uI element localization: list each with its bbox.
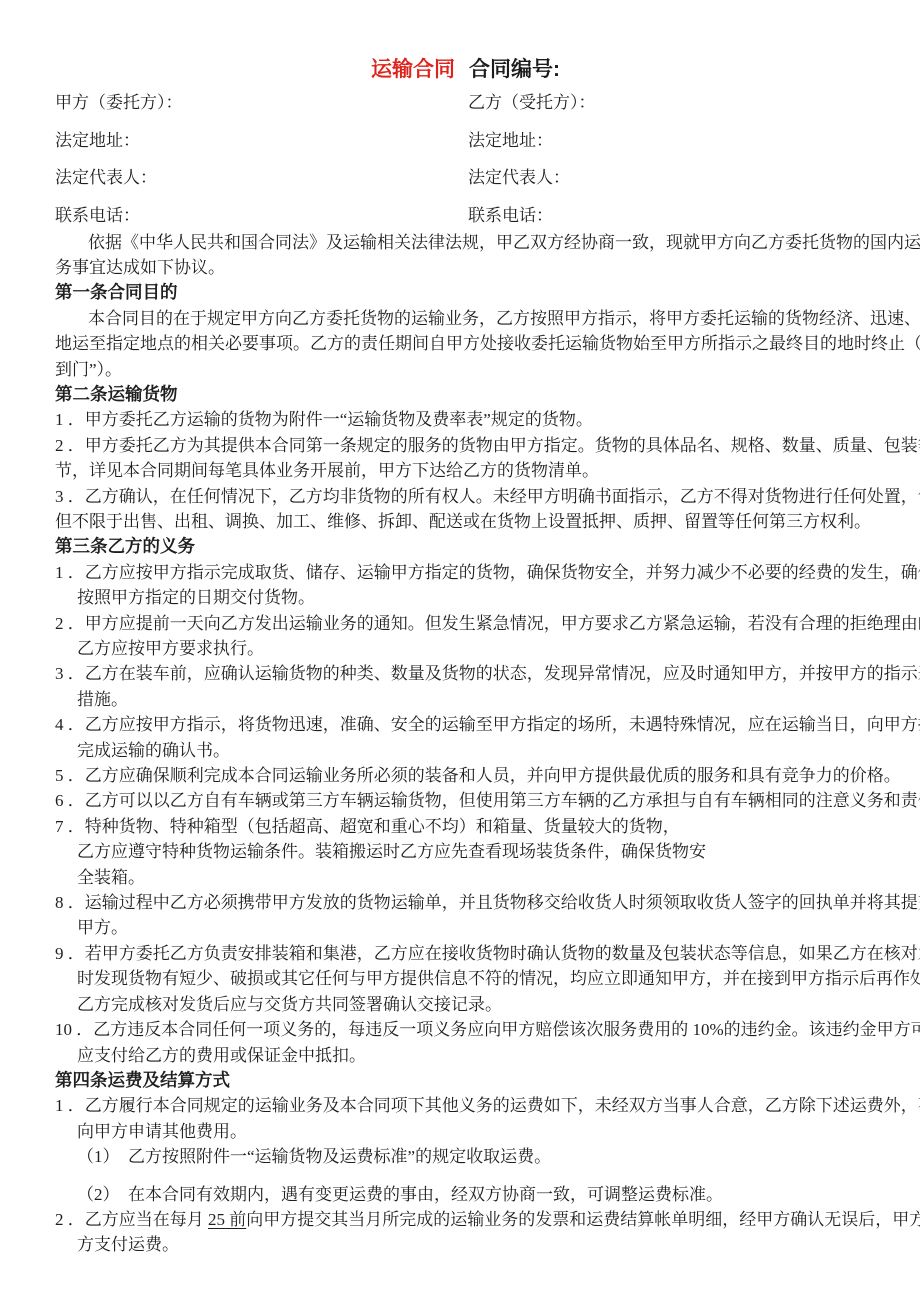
list-item-line: 2 ．甲方应提前一天向乙方发出运输业务的通知。但发生紧急情况，甲方要求乙方紧急运… — [55, 611, 876, 636]
list-item-line: 2 ．甲方委托乙方为其提供本合同第一条规定的服务的货物由甲方指定。货物的具体品名… — [55, 433, 876, 458]
party-row: 甲方（委托方）：乙方（受托方）： — [55, 94, 876, 111]
contract-title: 运输合同 — [371, 58, 455, 81]
list-item-line: 8 ．运输过程中乙方必须携带甲方发放的货物运输单，并且货物移交给收货人时须领取收… — [55, 890, 876, 915]
paragraph-line: 务事宜达成如下协议。 — [55, 255, 876, 280]
list-item-line: 节，详见本合同期间每笔具体业务开展前，甲方下达给乙方的货物清单。 — [55, 458, 876, 483]
list-item-line: 10 ．乙方违反本合同任何一项义务的，每违反一项义务应向甲方赔偿该次服务费用的 … — [55, 1017, 876, 1042]
list-item-line: 方支付运费。 — [55, 1232, 876, 1257]
list-item-line: 3 ．乙方确认，在任何情况下，乙方均非货物的所有权人。未经甲方明确书面指示，乙方… — [55, 484, 876, 509]
list-item-line: 全装箱。 — [55, 865, 876, 890]
list-item-line: 6 ．乙方可以以乙方自有车辆或第三方车辆运输货物，但使用第三方车辆的乙方承担与自… — [55, 788, 876, 813]
list-item-line: 乙方应遵守特种货物运输条件。装箱搬运时乙方应先查看现场装货条件，确保货物安 — [55, 839, 876, 864]
party-label-right: 联系电话： — [468, 207, 876, 224]
contract-document-page: 运输合同合同编号: 甲方（委托方）：乙方（受托方）：法定地址：法定地址：法定代表… — [0, 0, 920, 1301]
document-title-line: 运输合同合同编号: — [55, 55, 876, 85]
party-label-left: 法定地址： — [55, 132, 468, 149]
list-item-line: 4 ．乙方应按甲方指示，将货物迅速，准确、安全的运输至甲方指定的场所，未遇特殊情… — [55, 712, 876, 737]
list-item-line: 1 ．乙方履行本合同规定的运输业务及本合同项下其他义务的运费如下，未经双方当事人… — [55, 1093, 876, 1118]
list-item-line: 7 ．特种货物、特种箱型（包括超高、超宽和重心不均）和箱量、货量较大的货物， — [55, 814, 876, 839]
party-label-right: 法定地址： — [468, 132, 876, 149]
underlined-text: 25 前 — [208, 1210, 246, 1229]
list-item-line: 9 ．若甲方委托乙方负责安排装箱和集港，乙方应在接收货物时确认货物的数量及包装状… — [55, 941, 876, 966]
section-heading: 第一条合同目的 — [55, 280, 876, 305]
party-label-right: 乙方（受托方）： — [468, 94, 876, 111]
list-item-line: 按照甲方指定的日期交付货物。 — [55, 585, 876, 610]
list-item-line: 2 ．乙方应当在每月 25 前向甲方提交其当月所完成的运输业务的发票和运费结算帐… — [55, 1207, 876, 1232]
list-item-line: 1 ．甲方委托乙方运输的货物为附件一“运输货物及费率表”规定的货物。 — [55, 407, 876, 432]
list-item-line: 乙方完成核对发货后应与交货方共同签署确认交接记录。 — [55, 992, 876, 1017]
list-item-line: 完成运输的确认书。 — [55, 738, 876, 763]
contract-body: 依据《中华人民共和国合同法》及运输相关法律法规，甲乙双方经协商一致，现就甲方向乙… — [55, 230, 876, 1258]
paragraph-line: 到门”）。 — [55, 357, 876, 382]
list-item-line: 乙方应按甲方要求执行。 — [55, 636, 876, 661]
text-segment: 2 ．乙方应当在每月 — [55, 1210, 208, 1229]
party-row: 法定代表人：法定代表人： — [55, 169, 876, 186]
section-heading: 第三条乙方的义务 — [55, 534, 876, 559]
party-label-left: 甲方（委托方）： — [55, 94, 468, 111]
party-label-left: 联系电话： — [55, 207, 468, 224]
list-item-line: 甲方。 — [55, 915, 876, 940]
party-label-right: 法定代表人： — [468, 169, 876, 186]
contract-number-label: 合同编号: — [469, 58, 560, 81]
list-item-line: 向甲方申请其他费用。 — [55, 1119, 876, 1144]
list-item-line: 时发现货物有短少、破损或其它任何与甲方提供信息不符的情况，均应立即通知甲方，并在… — [55, 966, 876, 991]
list-item-line: 措施。 — [55, 687, 876, 712]
party-label-left: 法定代表人： — [55, 169, 468, 186]
sub-item-line: （1） 乙方按照附件一“运输货物及运费标准”的规定收取运费。 — [55, 1144, 876, 1169]
section-heading: 第二条运输货物 — [55, 382, 876, 407]
list-item-line: 1 ．乙方应按甲方指示完成取货、储存、运输甲方指定的货物，确保货物安全，并努力减… — [55, 560, 876, 585]
party-row: 法定地址：法定地址： — [55, 132, 876, 149]
list-item-line: 5 ．乙方应确保顺利完成本合同运输业务所必须的装备和人员，并向甲方提供最优质的服… — [55, 763, 876, 788]
list-item-line: 但不限于出售、出租、调换、加工、维修、拆卸、配送或在货物上设置抵押、质押、留置等… — [55, 509, 876, 534]
list-item-line: 3 ．乙方在装车前，应确认运输货物的种类、数量及货物的状态，发现异常情况，应及时… — [55, 661, 876, 686]
text-segment: 向甲方提交其当月所完成的运输业务的发票和运费结算帐单明细，经甲方确认无误后，甲方… — [246, 1210, 920, 1229]
list-item-line: 应支付给乙方的费用或保证金中抵扣。 — [55, 1043, 876, 1068]
parties-section: 甲方（委托方）：乙方（受托方）：法定地址：法定地址：法定代表人：法定代表人：联系… — [55, 94, 876, 224]
paragraph-line: 本合同目的在于规定甲方向乙方委托货物的运输业务，乙方按照甲方指示，将甲方委托运输… — [55, 306, 876, 331]
section-heading: 第四条运费及结算方式 — [55, 1068, 876, 1093]
paragraph-line: 地运至指定地点的相关必要事项。乙方的责任期间自甲方处接收委托运输货物始至甲方所指… — [55, 331, 876, 356]
party-row: 联系电话：联系电话： — [55, 207, 876, 224]
paragraph-line: 依据《中华人民共和国合同法》及运输相关法律法规，甲乙双方经协商一致，现就甲方向乙… — [55, 230, 876, 255]
sub-item-line: （2） 在本合同有效期内，遇有变更运费的事由，经双方协商一致，可调整运费标准。 — [55, 1182, 876, 1207]
